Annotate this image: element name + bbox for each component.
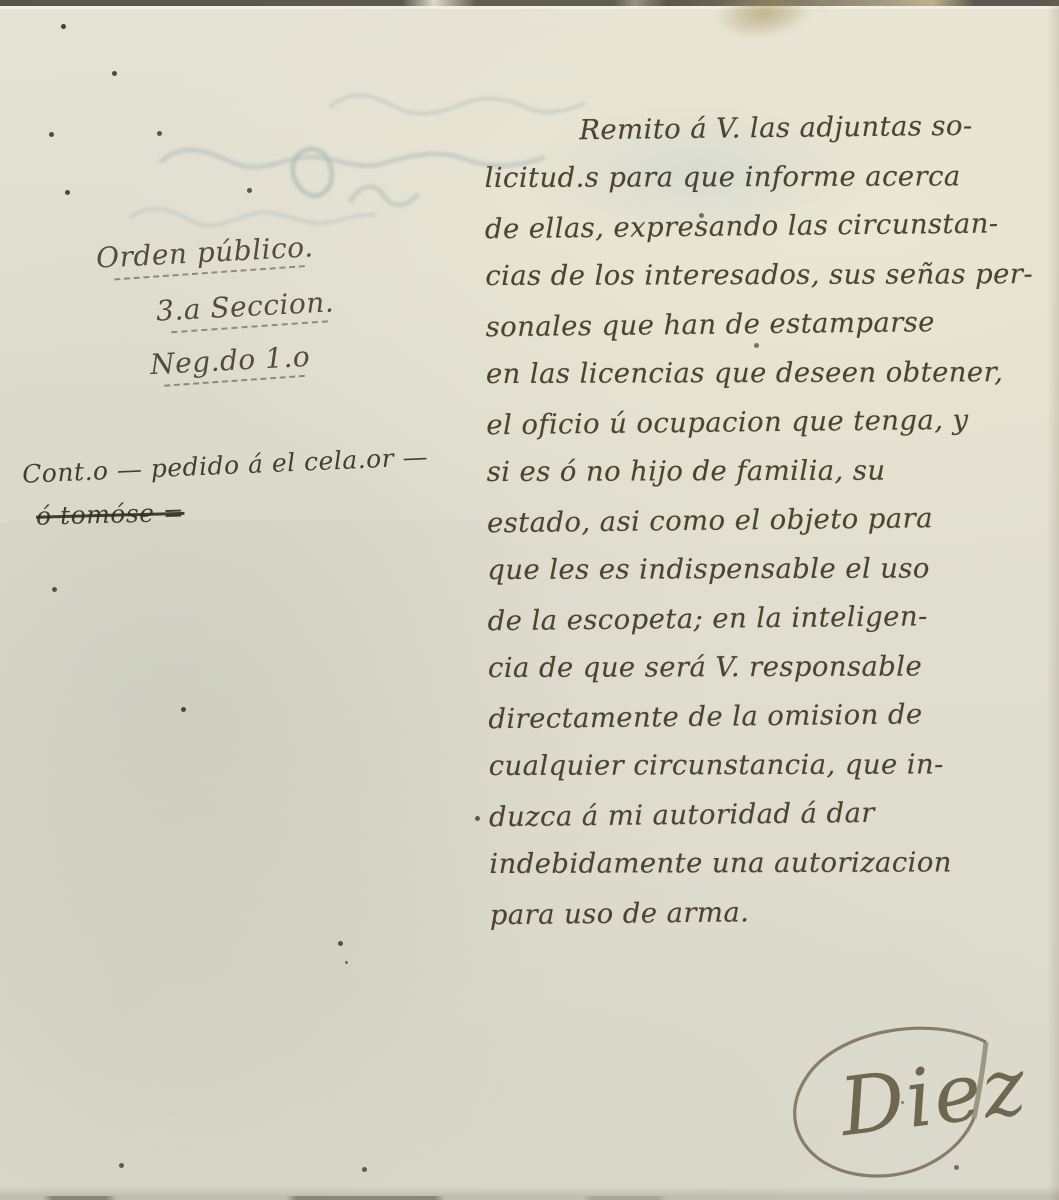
letter-body: Remito á V. las adjuntas so-licitud.s pa…	[484, 102, 1059, 939]
margin-filing-heading: Orden público.3.a Seccion.Neg.do 1.o	[88, 236, 388, 398]
signature-block: Diez	[778, 1022, 1058, 1194]
paper-stain	[712, 0, 816, 45]
margin-scribble-note: Cont.o — pedido á el cela.or —ó tomóse =	[22, 442, 472, 534]
letter-body-line: indebidamente una autorizacion	[489, 838, 1059, 889]
letter-body-line: el oficio ú ocupacion que tenga, y	[486, 395, 1059, 451]
letter-body-line: cias de los interesados, sus señas per-	[485, 250, 1059, 301]
scan-right-edge-shadow	[1047, 0, 1059, 1200]
letter-body-line: sonales que han de estamparse	[485, 297, 1059, 353]
letter-body-line: de ellas, expresando las circunstan-	[485, 199, 1059, 255]
letter-body-line: para uso de arma.	[489, 885, 1059, 941]
scan-top-edge	[0, 0, 1059, 6]
dust-specks	[0, 0, 3, 3]
letter-body-line: en las licencias que deseen obtener,	[486, 348, 1059, 399]
letter-body-line: directamente de la omision de	[488, 689, 1059, 745]
margin-heading-line: Neg.do 1.o	[149, 340, 311, 381]
letter-body-line: Remito á V. las adjuntas so-	[484, 101, 1059, 157]
letter-body-line: que les es indispensable el uso	[487, 544, 1059, 595]
manuscript-page: Orden público.3.a Seccion.Neg.do 1.o Con…	[0, 0, 1059, 1200]
margin-heading-line: 3.a Seccion.	[155, 285, 335, 327]
margin-heading-line: Orden público.	[95, 230, 314, 274]
scan-bottom-edge	[0, 1186, 1059, 1200]
letter-body-line: duzca á mi autoridad á dar	[489, 787, 1059, 843]
letter-body-line: licitud.s para que informe acerca	[485, 152, 1059, 203]
letter-body-line: cia de que será V. responsable	[488, 642, 1059, 693]
letter-body-line: de la escopeta; en la inteligen-	[487, 591, 1059, 647]
letter-body-line: estado, asi como el objeto para	[487, 493, 1059, 549]
letter-body-line: cualquier circunstancia, que in-	[489, 740, 1059, 791]
letter-body-line: si es ó no hijo de familia, su	[487, 446, 1059, 497]
